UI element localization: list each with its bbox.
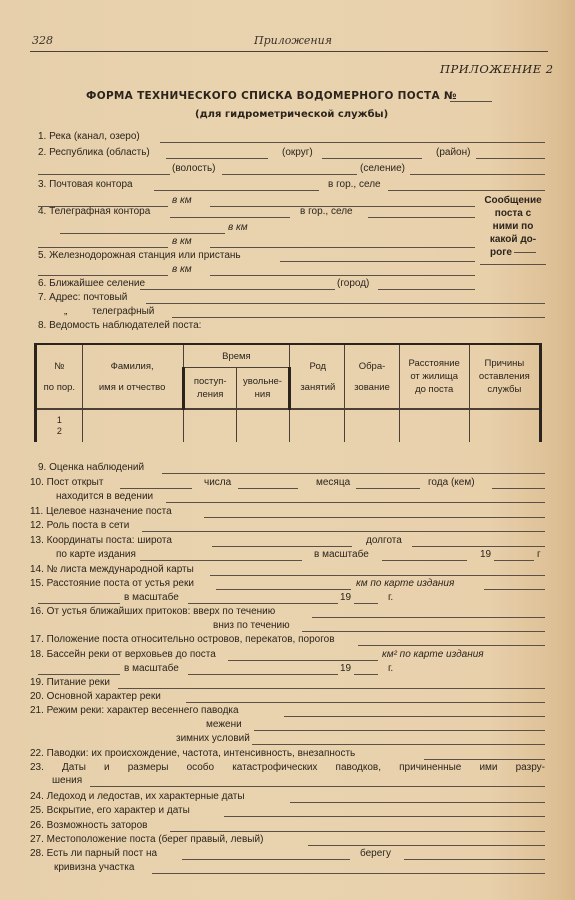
network-role-field[interactable] bbox=[142, 531, 545, 532]
postal-address-field[interactable] bbox=[146, 303, 545, 304]
item-4-km1-label: в км bbox=[228, 222, 248, 233]
item-5-km-pre-field[interactable] bbox=[38, 275, 168, 276]
oblast-field[interactable] bbox=[166, 158, 268, 159]
spring-flood-field[interactable] bbox=[284, 716, 545, 717]
item-18-scale-field[interactable] bbox=[188, 674, 338, 675]
selenie-pre-field[interactable] bbox=[222, 174, 357, 175]
basin-area-field[interactable] bbox=[228, 660, 378, 661]
item-15-map-field[interactable] bbox=[484, 589, 545, 590]
breakup-field[interactable] bbox=[224, 816, 545, 817]
item-22-label: 22. Паводки: их происхождение, частота, … bbox=[30, 748, 355, 759]
item-5-km-field[interactable] bbox=[210, 275, 475, 276]
item-19-label: 19. Питание реки bbox=[30, 677, 110, 688]
chisla-label: числа bbox=[204, 477, 231, 488]
post-office-field[interactable] bbox=[154, 190, 319, 191]
item-15-year-suffix: г. bbox=[388, 592, 393, 603]
telegraph-address-label: телеграфный bbox=[92, 306, 154, 317]
item-15-km-label: км по карте издания bbox=[356, 578, 454, 589]
ice-dates-field[interactable] bbox=[290, 802, 545, 803]
item-7-label: 7. Адрес: почтовый bbox=[38, 292, 127, 303]
basin-km2-label: км² по карте издания bbox=[382, 649, 484, 660]
telegraph-office-field[interactable] bbox=[170, 217, 290, 218]
position-field[interactable] bbox=[358, 645, 545, 646]
map-sheet-field[interactable] bbox=[210, 575, 545, 576]
item-14-label: 14. № листа международной карты bbox=[30, 564, 194, 575]
gorod-field[interactable] bbox=[378, 289, 475, 290]
winter-field[interactable] bbox=[252, 744, 545, 745]
col-time-header: Время bbox=[183, 344, 290, 368]
item-15-scale-pre-field[interactable] bbox=[38, 603, 120, 604]
item-5-label: 5. Железнодорожная станция или пристань bbox=[38, 250, 241, 261]
mouth-distance-field[interactable] bbox=[216, 589, 351, 590]
item-23-cont: шения bbox=[52, 775, 82, 786]
upstream-field[interactable] bbox=[312, 617, 545, 618]
observers-table: № по пор. Фамилия, имя и отчество Время … bbox=[34, 343, 542, 442]
item-5-km-label: в км bbox=[172, 264, 192, 275]
education-cell[interactable] bbox=[345, 409, 399, 442]
selenie-field[interactable] bbox=[410, 174, 545, 175]
item-15-year-prefix: 19 bbox=[340, 592, 351, 603]
col-time-out-header: увольне- ния bbox=[236, 368, 289, 410]
document-page: 328 Приложения ПРИЛОЖЕНИЕ 2 ФОРМА ТЕХНИЧ… bbox=[0, 0, 575, 900]
item-4-km2-label: в км bbox=[172, 236, 192, 247]
side-note: Сообщение поста с ними по какой до- роге bbox=[480, 194, 546, 259]
item-9-label: 9. Оценка наблюдений bbox=[38, 462, 144, 473]
item-18-label: 18. Бассейн реки от верховьев до поста bbox=[30, 649, 216, 660]
col-reasons-header: Причины оставления службы bbox=[469, 344, 540, 409]
opened-day-field[interactable] bbox=[120, 488, 192, 489]
item-20-label: 20. Основной характер реки bbox=[30, 691, 161, 702]
catastrophic-floods-field[interactable] bbox=[90, 786, 545, 787]
railway-station-field[interactable] bbox=[280, 261, 475, 262]
col-education-header: Обра- зование bbox=[345, 344, 399, 409]
item-21-label: 21. Режим реки: характер весеннего павод… bbox=[30, 705, 239, 716]
col-number-header: № по пор. bbox=[36, 344, 83, 409]
vedenie-label: находится в ведении bbox=[56, 491, 153, 502]
purpose-field[interactable] bbox=[204, 517, 545, 518]
item-25-label: 25. Вскрытие, его характер и даты bbox=[30, 805, 190, 816]
item-8-label: 8. Ведомость наблюдателей поста: bbox=[38, 320, 201, 331]
form-title: ФОРМА ТЕХНИЧЕСКОГО СПИСКА ВОДОМЕРНОГО ПО… bbox=[86, 90, 457, 102]
winter-label: зимних условий bbox=[176, 733, 250, 744]
telegraph-address-field[interactable] bbox=[172, 317, 545, 318]
latitude-field[interactable] bbox=[212, 546, 352, 547]
observation-rating-field[interactable] bbox=[162, 473, 545, 474]
item-15-label: 15. Расстояние поста от устья реки bbox=[30, 578, 194, 589]
ice-jams-field[interactable] bbox=[170, 831, 545, 832]
okrug-field[interactable] bbox=[322, 158, 422, 159]
floods-field[interactable] bbox=[424, 759, 545, 760]
item-15-year-field[interactable] bbox=[354, 603, 378, 604]
gorod-label: (город) bbox=[337, 278, 369, 289]
dolgota-label: долгота bbox=[366, 535, 402, 546]
ditto-mark: „ bbox=[64, 306, 67, 317]
item-1-label: 1. Река (канал, озеро) bbox=[38, 131, 140, 142]
item-1-field[interactable] bbox=[160, 142, 545, 143]
beregu-label: берегу bbox=[360, 848, 391, 859]
item-18-year-suffix: г. bbox=[388, 663, 393, 674]
bank-field[interactable] bbox=[308, 845, 545, 846]
item-15-scale-field[interactable] bbox=[188, 603, 338, 604]
item-4-label: 4. Телеграфная контора bbox=[38, 206, 150, 217]
running-title: Приложения bbox=[254, 34, 332, 47]
col-distance-header: Расстояние от жилища до поста bbox=[399, 344, 469, 409]
scale-field[interactable] bbox=[382, 560, 467, 561]
item-3-town-field[interactable] bbox=[388, 190, 545, 191]
item-3-km-label: в км bbox=[172, 195, 192, 206]
year-prefix: 19 bbox=[480, 549, 491, 560]
goda-label: года (кем) bbox=[428, 477, 475, 488]
opened-by-field[interactable] bbox=[492, 488, 545, 489]
item-4-km1-pre-field[interactable] bbox=[60, 233, 225, 234]
item-17-label: 17. Положение поста относительно острово… bbox=[30, 634, 335, 645]
page-number: 328 bbox=[32, 34, 53, 47]
curvature-field[interactable] bbox=[152, 873, 545, 874]
item-26-label: 26. Возможность заторов bbox=[30, 820, 147, 831]
item-11-label: 11. Целевое назначение поста bbox=[30, 506, 172, 517]
downstream-label: вниз по течению bbox=[213, 620, 290, 631]
item-18-scale-pre-field[interactable] bbox=[38, 674, 120, 675]
item-3-town-label: в гор., селе bbox=[328, 179, 381, 190]
map-edition-field[interactable] bbox=[140, 560, 302, 561]
curvature-label: кривизна участка bbox=[54, 862, 134, 873]
paired-post-field[interactable] bbox=[182, 859, 350, 860]
longitude-field[interactable] bbox=[412, 546, 545, 547]
low-water-label: межени bbox=[206, 719, 242, 730]
item-10-label: 10. Пост открыт bbox=[30, 477, 103, 488]
name-cell[interactable] bbox=[82, 409, 183, 442]
map-edition-label: по карте издания bbox=[56, 549, 136, 560]
appendix-label: ПРИЛОЖЕНИЕ 2 bbox=[440, 62, 554, 76]
volost-field[interactable] bbox=[38, 174, 170, 175]
occupation-cell[interactable] bbox=[290, 409, 345, 442]
item-18-year-prefix: 19 bbox=[340, 663, 351, 674]
raion-label: (район) bbox=[436, 147, 470, 158]
okrug-label: (округ) bbox=[282, 147, 313, 158]
year-suffix: г bbox=[537, 549, 541, 560]
item-23-label: 23. Даты и размеры особо катастрофически… bbox=[30, 762, 545, 773]
item-27-label: 27. Местоположение поста (берег правый, … bbox=[30, 834, 263, 845]
item-18-year-field[interactable] bbox=[354, 674, 378, 675]
post-number-field[interactable] bbox=[450, 101, 492, 102]
mesyatsa-label: месяца bbox=[316, 477, 350, 488]
year-field[interactable] bbox=[494, 560, 534, 561]
reasons-cell[interactable] bbox=[469, 409, 540, 442]
opened-month-field[interactable] bbox=[356, 488, 420, 489]
scale-label: в масштабе bbox=[314, 549, 369, 560]
item-24-label: 24. Ледоход и ледостав, их характерные д… bbox=[30, 791, 245, 802]
paired-bank-field[interactable] bbox=[404, 859, 545, 860]
item-18-scale-label: в масштабе bbox=[124, 663, 179, 674]
opened-month-pre-field[interactable] bbox=[238, 488, 298, 489]
low-water-field[interactable] bbox=[254, 730, 545, 731]
selenie-label: (селение) bbox=[360, 163, 405, 174]
downstream-field[interactable] bbox=[302, 631, 545, 632]
item-3-label: 3. Почтовая контора bbox=[38, 179, 133, 190]
jurisdiction-field[interactable] bbox=[166, 502, 545, 503]
header-rule bbox=[30, 51, 548, 52]
item-16-label: 16. От устья ближайших притоков: вверх п… bbox=[30, 606, 275, 617]
item-2-label: 2. Республика (область) bbox=[38, 147, 150, 158]
col-time-in-header: поступ- ления bbox=[183, 368, 236, 410]
item-4-town-label: в гор., селе bbox=[300, 206, 353, 217]
item-13-label: 13. Координаты поста: широта bbox=[30, 535, 172, 546]
river-character-field[interactable] bbox=[186, 702, 545, 703]
item-12-label: 12. Роль поста в сети bbox=[30, 520, 129, 531]
side-note-field[interactable] bbox=[480, 264, 546, 265]
volost-label: (волость) bbox=[172, 163, 216, 174]
table-row: 1 2 bbox=[36, 409, 541, 442]
nearest-village-field[interactable] bbox=[140, 289, 335, 290]
row-numbers: 1 2 bbox=[36, 409, 83, 442]
time-out-cell[interactable] bbox=[236, 409, 289, 442]
item-15-scale-label: в масштабе bbox=[124, 592, 179, 603]
col-occupation-header: Род занятий bbox=[290, 344, 345, 409]
item-6-label: 6. Ближайшее селение bbox=[38, 278, 145, 289]
form-subtitle: (для гидрометрической службы) bbox=[195, 109, 388, 120]
col-name-header: Фамилия, имя и отчество bbox=[82, 344, 183, 409]
time-in-cell[interactable] bbox=[183, 409, 236, 442]
item-4-km2-field[interactable] bbox=[210, 247, 475, 248]
river-supply-field[interactable] bbox=[118, 688, 545, 689]
item-28-label: 28. Есть ли парный пост на bbox=[30, 848, 157, 859]
distance-cell[interactable] bbox=[399, 409, 469, 442]
raion-field[interactable] bbox=[476, 158, 545, 159]
item-4-km2-pre-field[interactable] bbox=[38, 247, 168, 248]
item-4-town-field[interactable] bbox=[368, 217, 475, 218]
